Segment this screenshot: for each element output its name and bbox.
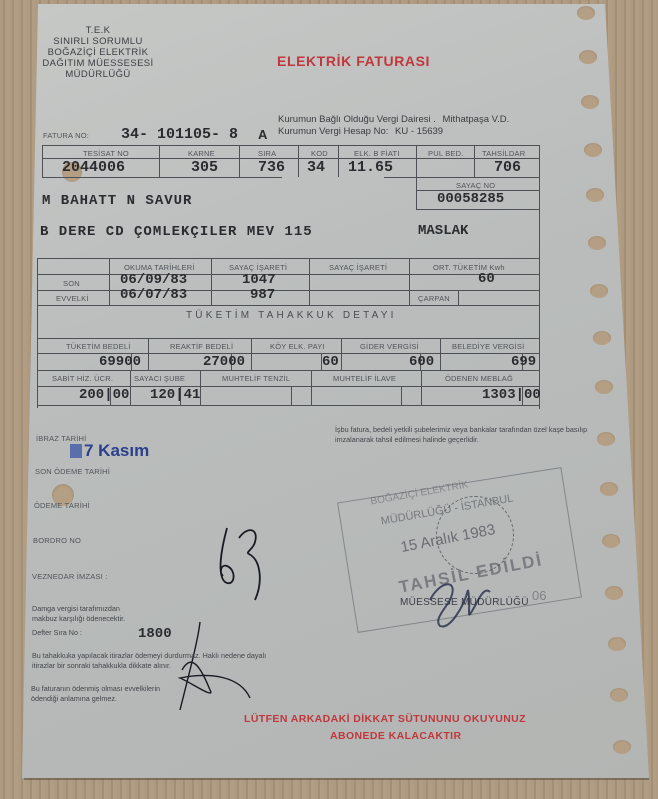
issuer-block: T.E.K SINIRLI SORUMLU BOĞAZİÇİ ELEKTRİK … (38, 25, 158, 80)
sira-value: 736 (258, 159, 285, 176)
invoice-number: 34- 101105- 8 (121, 126, 238, 143)
feed-hole (577, 6, 595, 20)
header-village-share: KÖY ELK. PAYI (270, 342, 325, 351)
header-consumption-fee: TÜKETİM BEDELİ (66, 342, 130, 351)
tax-office-line: Kurumun Bağlı Olduğu Vergi Dairesi . Mit… (278, 114, 509, 125)
handwritten-number (215, 520, 285, 610)
header-municipal-tax: BELEDİYE VERGİSİ (452, 342, 524, 351)
ledger-no-label: Defter Sıra No : (32, 628, 82, 638)
header-pul-bed: PUL BED. (428, 149, 464, 158)
header-sira: SIRA (258, 149, 276, 158)
reading-row-label: EVVELKİ (56, 294, 89, 303)
tax-account-value: KU - 15639 (395, 126, 443, 137)
objection-note: Bu tahakkuka yapılacak itirazlar ödemeyi… (32, 651, 282, 671)
detail-title: TÜKETİM TAHAKKUK DETAYI (186, 310, 397, 321)
payment-note: Bu faturanın ödenmiş olması evvelkilerin… (31, 684, 166, 704)
consumption-fee-value: 69900 (99, 354, 141, 370)
kod-value: 34 (307, 159, 325, 176)
handwritten-initials (420, 570, 510, 640)
karne-value: 305 (191, 159, 218, 176)
multiplier-label: ÇARPAN (418, 294, 450, 303)
due-date-label: SON ÖDEME TARİHİ (35, 467, 110, 476)
tax-office-value: Mithatpaşa V.D. (443, 114, 510, 125)
header-reading-dates: OKUMA TARİHLERİ (124, 263, 195, 272)
stamp-tax-note: Damga vergisi tarafımızdan makbuz karşıl… (32, 604, 142, 624)
feed-hole (597, 432, 615, 446)
issuer-line: T.E.K (38, 25, 158, 36)
invoice-series: A (258, 127, 267, 142)
customer-address: B DERE CD ÇOMLEKÇILER MEV 115 (40, 224, 313, 240)
feed-hole (605, 586, 623, 600)
invoice-number-label: FATURA NO: (43, 131, 89, 140)
feed-hole (581, 95, 599, 109)
amount-paid-value: 1303|00 (482, 387, 541, 403)
customer-name: M BAHATT N SAVUR (42, 193, 192, 209)
header-expense-tax: GİDER VERGİSİ (360, 342, 419, 351)
payment-date-label: ÖDEME TARİHİ (34, 501, 90, 510)
customer-district: MASLAK (418, 223, 468, 239)
header-karne: KARNE (188, 149, 215, 158)
meter-branch-value: 120|41 (150, 387, 200, 403)
issuer-line: DAĞITIM MÜESSESESİ (38, 58, 158, 69)
meter-no-label: SAYAÇ NO (456, 181, 495, 190)
feed-hole (600, 482, 618, 496)
feed-hole (590, 284, 608, 298)
tax-account-label: Kurumun Vergi Hesap No: (278, 126, 388, 137)
feed-hole (608, 637, 626, 651)
feed-hole (588, 236, 606, 250)
reactive-fee-value: 27000 (203, 354, 245, 370)
feed-hole (610, 688, 628, 702)
feed-hole (579, 50, 597, 64)
warning-line-1: LÜTFEN ARKADAKİ DİKKAT SÜTUNUNU OKUYUNUZ (244, 713, 526, 725)
tax-office-label: Kurumun Bağlı Olduğu Vergi Dairesi . (278, 114, 436, 125)
issuer-line: MÜDÜRLÜĞÜ (38, 69, 158, 80)
submission-date-stamp: 7 Kasım (70, 441, 149, 461)
feed-hole (595, 380, 613, 394)
feed-hole (584, 143, 602, 157)
payroll-no-label: BORDRO NO (33, 536, 81, 545)
village-share-value: 60 (322, 354, 339, 370)
elk-fiati-value: 11.65 (348, 159, 393, 176)
stamp-code: 06 (532, 588, 546, 603)
tahsildar-value: 706 (494, 159, 521, 176)
reading-date: 06/09/83 (120, 272, 187, 288)
table-border (539, 209, 540, 409)
header-reactive-fee: REAKTİF BEDELİ (170, 342, 233, 351)
issuer-line: BOĞAZİÇİ ELEKTRİK (38, 47, 158, 58)
issuer-line: SINIRLI SORUMLU (38, 36, 158, 47)
tax-account-line: Kurumun Vergi Hesap No: KU - 15639 (278, 126, 443, 137)
reading-mark: 987 (250, 287, 275, 303)
header-amount-paid: ÖDENEN MEBLAĞ (445, 374, 513, 383)
header-fixed-fee: SABİT HİZ. ÜCR. (52, 374, 113, 383)
avg-consumption-value: 60 (478, 271, 495, 287)
warning-line-2: ABONEDE KALACAKTIR (330, 730, 461, 742)
header-misc-deduction: MUHTELİF TENZİL (222, 374, 290, 383)
feed-hole (613, 740, 631, 754)
meter-no-value: 00058285 (437, 191, 504, 207)
municipal-tax-value: 699 (511, 354, 536, 370)
header-tesisat-no: TESİSAT NO (83, 149, 129, 158)
feed-hole (593, 331, 611, 345)
validity-notice: İşbu fatura, bedeli yetkili şubelerimiz … (335, 425, 595, 445)
fixed-fee-value: 200|00 (79, 387, 129, 403)
expense-tax-value: 600 (409, 354, 434, 370)
reading-date: 06/07/83 (120, 287, 187, 303)
header-misc-addition: MUHTELİF İLAVE (333, 374, 396, 383)
header-meter-branch: SAYACI ŞUBE (134, 374, 185, 383)
header-elk-fiati: ELK. B FİATI (354, 149, 400, 158)
reading-mark: 1047 (242, 272, 276, 288)
header-meter-mark: SAYAÇ İŞARETİ (229, 263, 287, 272)
ledger-no-value: 1800 (138, 626, 172, 642)
feed-hole (602, 534, 620, 548)
document-title: ELEKTRİK FATURASI (277, 53, 430, 69)
stamp-block-icon (70, 444, 82, 458)
header-kod: KOD (311, 149, 328, 158)
tesisat-no-value: 2044006 (62, 159, 125, 176)
header-meter-mark-2: SAYAÇ İŞARETİ (329, 263, 387, 272)
header-tahsildar: TAHSİLDAR (482, 149, 525, 158)
cashier-signature-label: VEZNEDAR İMZASI : (32, 572, 108, 581)
feed-hole (586, 188, 604, 202)
reading-row-label: SON (63, 279, 80, 288)
